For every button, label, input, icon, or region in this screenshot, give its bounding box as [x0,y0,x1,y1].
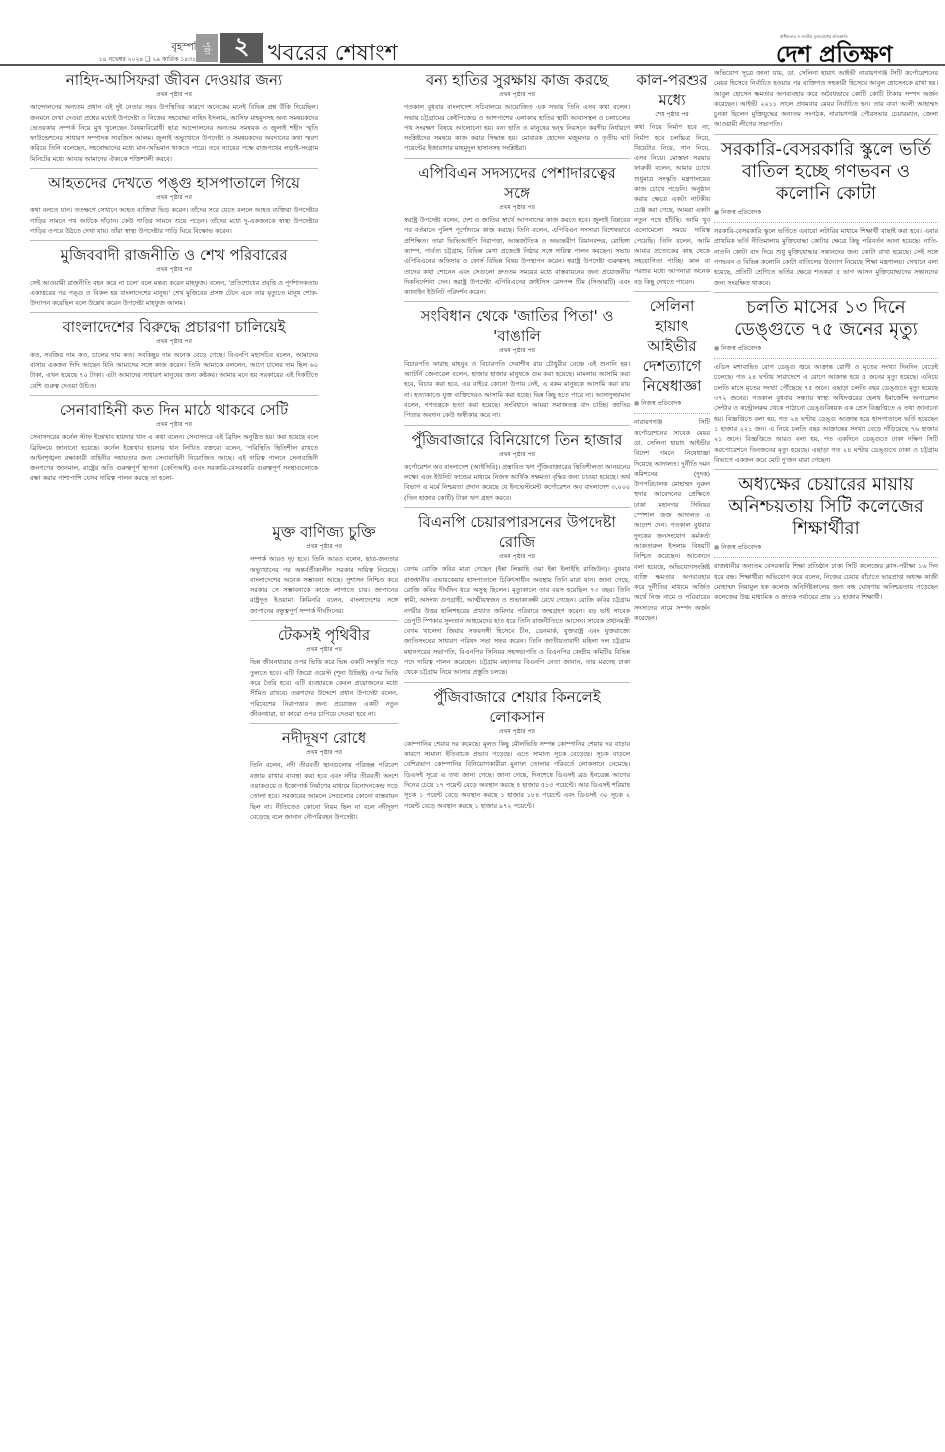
headline: অধ্যক্ষের চেয়ারের মায়ায় অনিশ্চয়তায় … [714,474,938,540]
headline: চলতি মাসের ১৩ দিনে ডেঙ্গুতে ৭৫ জনের মৃত্… [714,297,938,341]
divider [404,682,630,683]
page-label: পৃষ্ঠা [196,34,218,62]
column-center: বন্য হাতির সুরক্ষায় কাজ করছে প্রথম পৃষ্… [404,68,630,1448]
jump-line: প্রথম পৃষ্ঠার পর [404,346,630,356]
headline: এপিবিএন সদস্যদের পেশাদারত্বের সঙ্গে [404,163,630,203]
headline: পুঁজিবাজারে বিনিয়োগে তিন হাজার [404,430,630,450]
article-body: কথা নিয়ে নির্মাণ হবে না; নির্মাণ হবে চল… [634,122,710,287]
jump-line: প্রথম পৃষ্ঠার পর [30,337,318,347]
divider [714,469,938,470]
article-body: ভিন্ন জীবনধারার ওপর ভিত্তি করে ভিন্ন একট… [250,657,398,719]
article-mujibbadi: মুজিববাদী রাজনীতি ও শেখ পরিবারের প্রথম প… [30,245,318,308]
jump-line: প্রথম পৃষ্ঠার পর [30,193,318,203]
article-body: সেই আওয়ামী রাজনীতি বহন করে না চলে' বলে … [30,278,318,309]
jump-line: প্রথম পৃষ্ঠার পর [30,265,318,275]
article-river-pollution: নদীদূষণ রোধে প্রথম পৃষ্ঠার পর তিনি বলেন,… [250,728,398,822]
article-capital-market-loan: পুঁজিবাজারে বিনিয়োগে তিন হাজার প্রথম পৃ… [404,430,630,503]
article-body: বিচারপতি ফারাহ মাহবুব ও বিচারপতি দেবাশীষ… [404,359,630,421]
article-dengue: চলতি মাসের ১৩ দিনে ডেঙ্গুতে ৭৫ জনের মৃত্… [714,297,938,465]
article-kal-porshu: কাল-পরশুর মধ্যে শেষ পৃষ্ঠার পর কথা নিয়ে… [634,70,710,287]
column-right: অভিযোগ সূত্রে জানা যায়, ডা. সেলিনা হায়… [714,68,938,1448]
jump-line: প্রথম পৃষ্ঠার পর [30,420,318,430]
article-army: সেনাবাহিনী কত দিন মাঠে থাকবে সেটি প্রথম … [30,400,318,484]
headline: মুজিববাদী রাজনীতি ও শেখ পরিবারের [30,245,318,265]
headline: বাংলাদেশের বিরুদ্ধে প্রচারণা চালিয়েই [30,317,318,337]
byline: নিজস্ব প্রতিবেদক [714,208,938,223]
jump-line: প্রথম পৃষ্ঠার পর [404,552,630,562]
divider [714,292,938,293]
article-body: সম্পর্ক আরও দৃঢ় হবে। তিনি আরও বলেন, ছাত… [250,554,398,616]
jump-line: প্রথম পৃষ্ঠার পর [404,203,630,213]
article-school-quota: সরকারি-বেসরকারি স্কুলে ভর্তি বাতিল হচ্ছে… [714,139,938,288]
headline: টেকসই পৃথিবীর [250,625,398,645]
divider [30,168,318,169]
divider [30,240,318,241]
article-body: এডিস মশাবাহিত রোগ ডেঙ্গু জ্বরে আক্রান্ত … [714,362,938,465]
byline: নিজস্ব প্রতিবেদক [714,344,938,359]
article-body: কোম্পানির শেয়ার দর কমেছে। মূলত কিছু মৌল… [404,739,630,811]
article-sustainable: টেকসই পৃথিবীর প্রথম পৃষ্ঠার পর ভিন্ন জীব… [250,625,398,719]
jump-line: প্রথম পৃষ্ঠার পর [404,90,630,100]
article-ivy-continued: অভিযোগ সূত্রে জানা যায়, ডা. সেলিনা হায়… [714,68,938,130]
divider [404,425,630,426]
article-constitution: সংবিধান থেকে 'জাতির পিতা' ও 'বাঙালি প্রথ… [404,306,630,420]
divider [634,291,710,292]
article-nahid-asif: নাহিদ-আসিফরা জীবন দেওয়ার জন্য প্রথম পৃষ… [30,70,318,164]
jump-line: প্রথম পৃষ্ঠার পর [250,542,398,552]
headline: সরকারি-বেসরকারি স্কুলে ভর্তি বাতিল হচ্ছে… [714,139,938,205]
jump-line: শেষ পৃষ্ঠার পর [634,110,710,120]
headline: সেলিনা হায়াৎ আইভীর দেশত্যাগে নিষেধাজ্ঞা [634,296,710,396]
column-right-narrow: কাল-পরশুর মধ্যে শেষ পৃষ্ঠার পর কথা নিয়ে… [634,68,710,1448]
article-body: সেনাসদরের কর্নেল স্টাফ ইন্তেখাব হায়দার … [30,432,318,483]
byline: নিজস্ব প্রতিবেদক [634,399,710,414]
article-body: সরকারি-বেসরকারি স্কুলে ভর্তিতে এবারো লটা… [714,226,938,288]
article-injured-visit: আহতদের দেখতে পঙ্গু হাসপাতালে গিয়ে প্রথম… [30,173,318,236]
article-ivy-travel-ban: সেলিনা হায়াৎ আইভীর দেশত্যাগে নিষেধাজ্ঞা… [634,296,710,623]
divider [30,312,318,313]
divider [250,723,398,724]
jump-line: প্রথম পৃষ্ঠার পর [404,727,630,737]
jump-line: প্রথম পৃষ্ঠার পর [404,450,630,460]
article-share-loss: পুঁজিবাজারে শেয়ার কিনলেই লোকসান প্রথম প… [404,687,630,811]
article-body: আন্দোলনের অন্যতম প্রধান এই দুই নেতার সরব… [30,102,318,164]
headline: নদীদূষণ রোধে [250,728,398,748]
article-body: কথা বলতে যান। ততক্ষণে সেখানে আহত ব্যক্তি… [30,205,318,236]
article-body: কত, সবজির দাম কত, চালের দাম কত। সবকিছুর … [30,350,318,391]
divider [404,507,630,508]
jump-line: প্রথম পৃষ্ঠার পর [250,748,398,758]
masthead: বৃহস্পতিবার ১৪ নভেম্বর ২০২৪ ❑ ২৯ কার্তিক… [0,0,945,62]
headline: পুঁজিবাজারে শেয়ার কিনলেই লোকসান [404,687,630,727]
headline: কাল-পরশুর মধ্যে [634,70,710,110]
byline: নিজস্ব প্রতিবেদক [714,543,938,558]
article-rosy-kabir: বিএনপি চেয়ারপারসনের উপদেষ্টা রোজি প্রথম… [404,512,630,678]
article-body: স্বরাষ্ট্র উপদেষ্টা বলেন, দেশ ও জাতির স্… [404,215,630,297]
divider [714,134,938,135]
divider [404,158,630,159]
headline: নাহিদ-আসিফরা জীবন দেওয়ার জন্য [30,70,318,90]
column-mid-narrow: মুক্ত বাণিজ্য চুক্তি প্রথম পৃষ্ঠার পর সম… [250,520,398,1440]
divider [250,620,398,621]
masthead-rule [0,64,945,66]
jump-line: প্রথম পৃষ্ঠার পর [250,645,398,655]
article-fta: মুক্ত বাণিজ্য চুক্তি প্রথম পৃষ্ঠার পর সম… [250,522,398,616]
article-city-college: অধ্যক্ষের চেয়ারের মায়ায় অনিশ্চয়তায় … [714,474,938,602]
headline: বন্য হাতির সুরক্ষায় কাজ করছে [404,70,630,90]
article-body: রাজধানীর অন্যতম বেসরকারি শিক্ষা প্রতিষ্ঠ… [714,561,938,602]
divider [30,395,318,396]
headline: সংবিধান থেকে 'জাতির পিতা' ও 'বাঙালি [404,306,630,346]
article-body: অভিযোগ সূত্রে জানা যায়, ডা. সেলিনা হায়… [714,68,938,130]
divider [404,301,630,302]
article-apbn: এপিবিএন সদস্যদের পেশাদারত্বের সঙ্গে প্রথ… [404,163,630,298]
article-propaganda: বাংলাদেশের বিরুদ্ধে প্রচারণা চালিয়েই প্… [30,317,318,390]
article-body: বেগম রোজি কবির মারা গেছেন (ইন্না লিল্লাহ… [404,564,630,677]
headline: আহতদের দেখতে পঙ্গু হাসপাতালে গিয়ে [30,173,318,193]
article-body: নারায়ণগঞ্জ সিটি কর্পোরেশনের সাবেক মেয়র… [634,417,710,623]
jump-line: প্রথম পৃষ্ঠার পর [30,90,318,100]
page-number: ২ [220,33,263,63]
article-body: গতকাল বুধবার বাংলাদেশ সচিবালয়ে আয়োজিত … [404,102,630,153]
article-body: তিনি বলেন, নদী তীরবর্তী স্থানগুলোয় পরিচ… [250,760,398,822]
headline: সেনাবাহিনী কত দিন মাঠে থাকবে সেটি [30,400,318,420]
article-elephant: বন্য হাতির সুরক্ষায় কাজ করছে প্রথম পৃষ্… [404,70,630,154]
headline: মুক্ত বাণিজ্য চুক্তি [250,522,398,542]
headline: বিএনপি চেয়ারপারসনের উপদেষ্টা রোজি [404,512,630,552]
article-body: কর্পোরেশন অব বাংলাদেশ (আইসিবি)। প্রস্তাব… [404,462,630,503]
